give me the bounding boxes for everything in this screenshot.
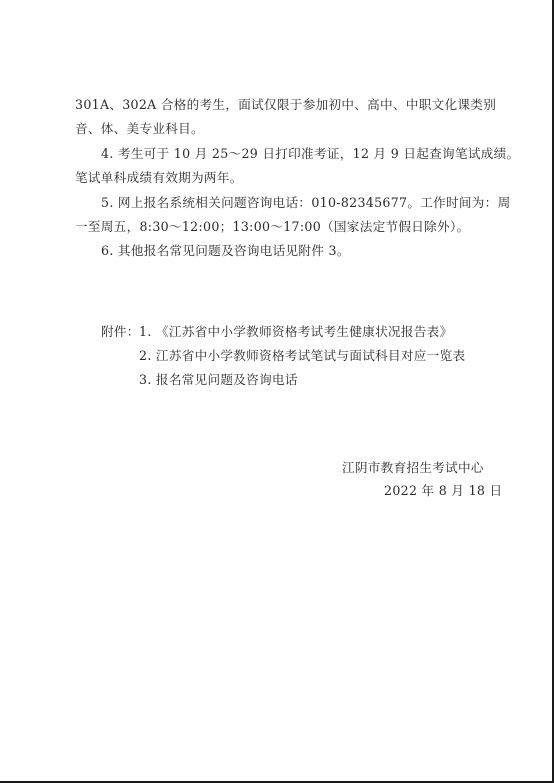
item-6-line: 6. 其他报名常见问题及咨询电话见附件 3。: [101, 243, 350, 259]
item-4-line-2: 笔试单科成绩有效期为两年。: [75, 170, 243, 186]
issue-date: 2022 年 8 月 18 日: [384, 483, 502, 499]
attachment-item-1: 1. 《江苏省中小学教师资格考试考生健康状况报告表》: [139, 324, 452, 340]
attachment-item-3: 3. 报名常见问题及咨询电话: [139, 372, 298, 388]
body-line-1: 301A、302A 合格的考生，面试仅限于参加初中、高中、中职文化课类别: [75, 97, 496, 113]
item-5-line-2: 一至周五，8:30～12:00；13:00～17:00（国家法定节假日除外）。: [75, 219, 469, 235]
attachments-label: 附件：: [101, 324, 140, 340]
item-5-line-1: 5. 网上报名系统相关问题咨询电话：010-82345677。工作时间为：周: [101, 195, 510, 211]
attachment-item-2: 2. 江苏省中小学教师资格考试笔试与面试科目对应一览表: [139, 348, 465, 364]
document-page: 301A、302A 合格的考生，面试仅限于参加初中、高中、中职文化课类别 音、体…: [0, 0, 554, 783]
item-4-line-1: 4. 考生可于 10 月 25～29 日打印准考证，12 月 9 日起查询笔试成…: [101, 146, 519, 162]
body-line-2: 音、体、美专业科目。: [75, 121, 204, 137]
issuing-organization: 江阴市教育招生考试中心: [342, 460, 484, 476]
